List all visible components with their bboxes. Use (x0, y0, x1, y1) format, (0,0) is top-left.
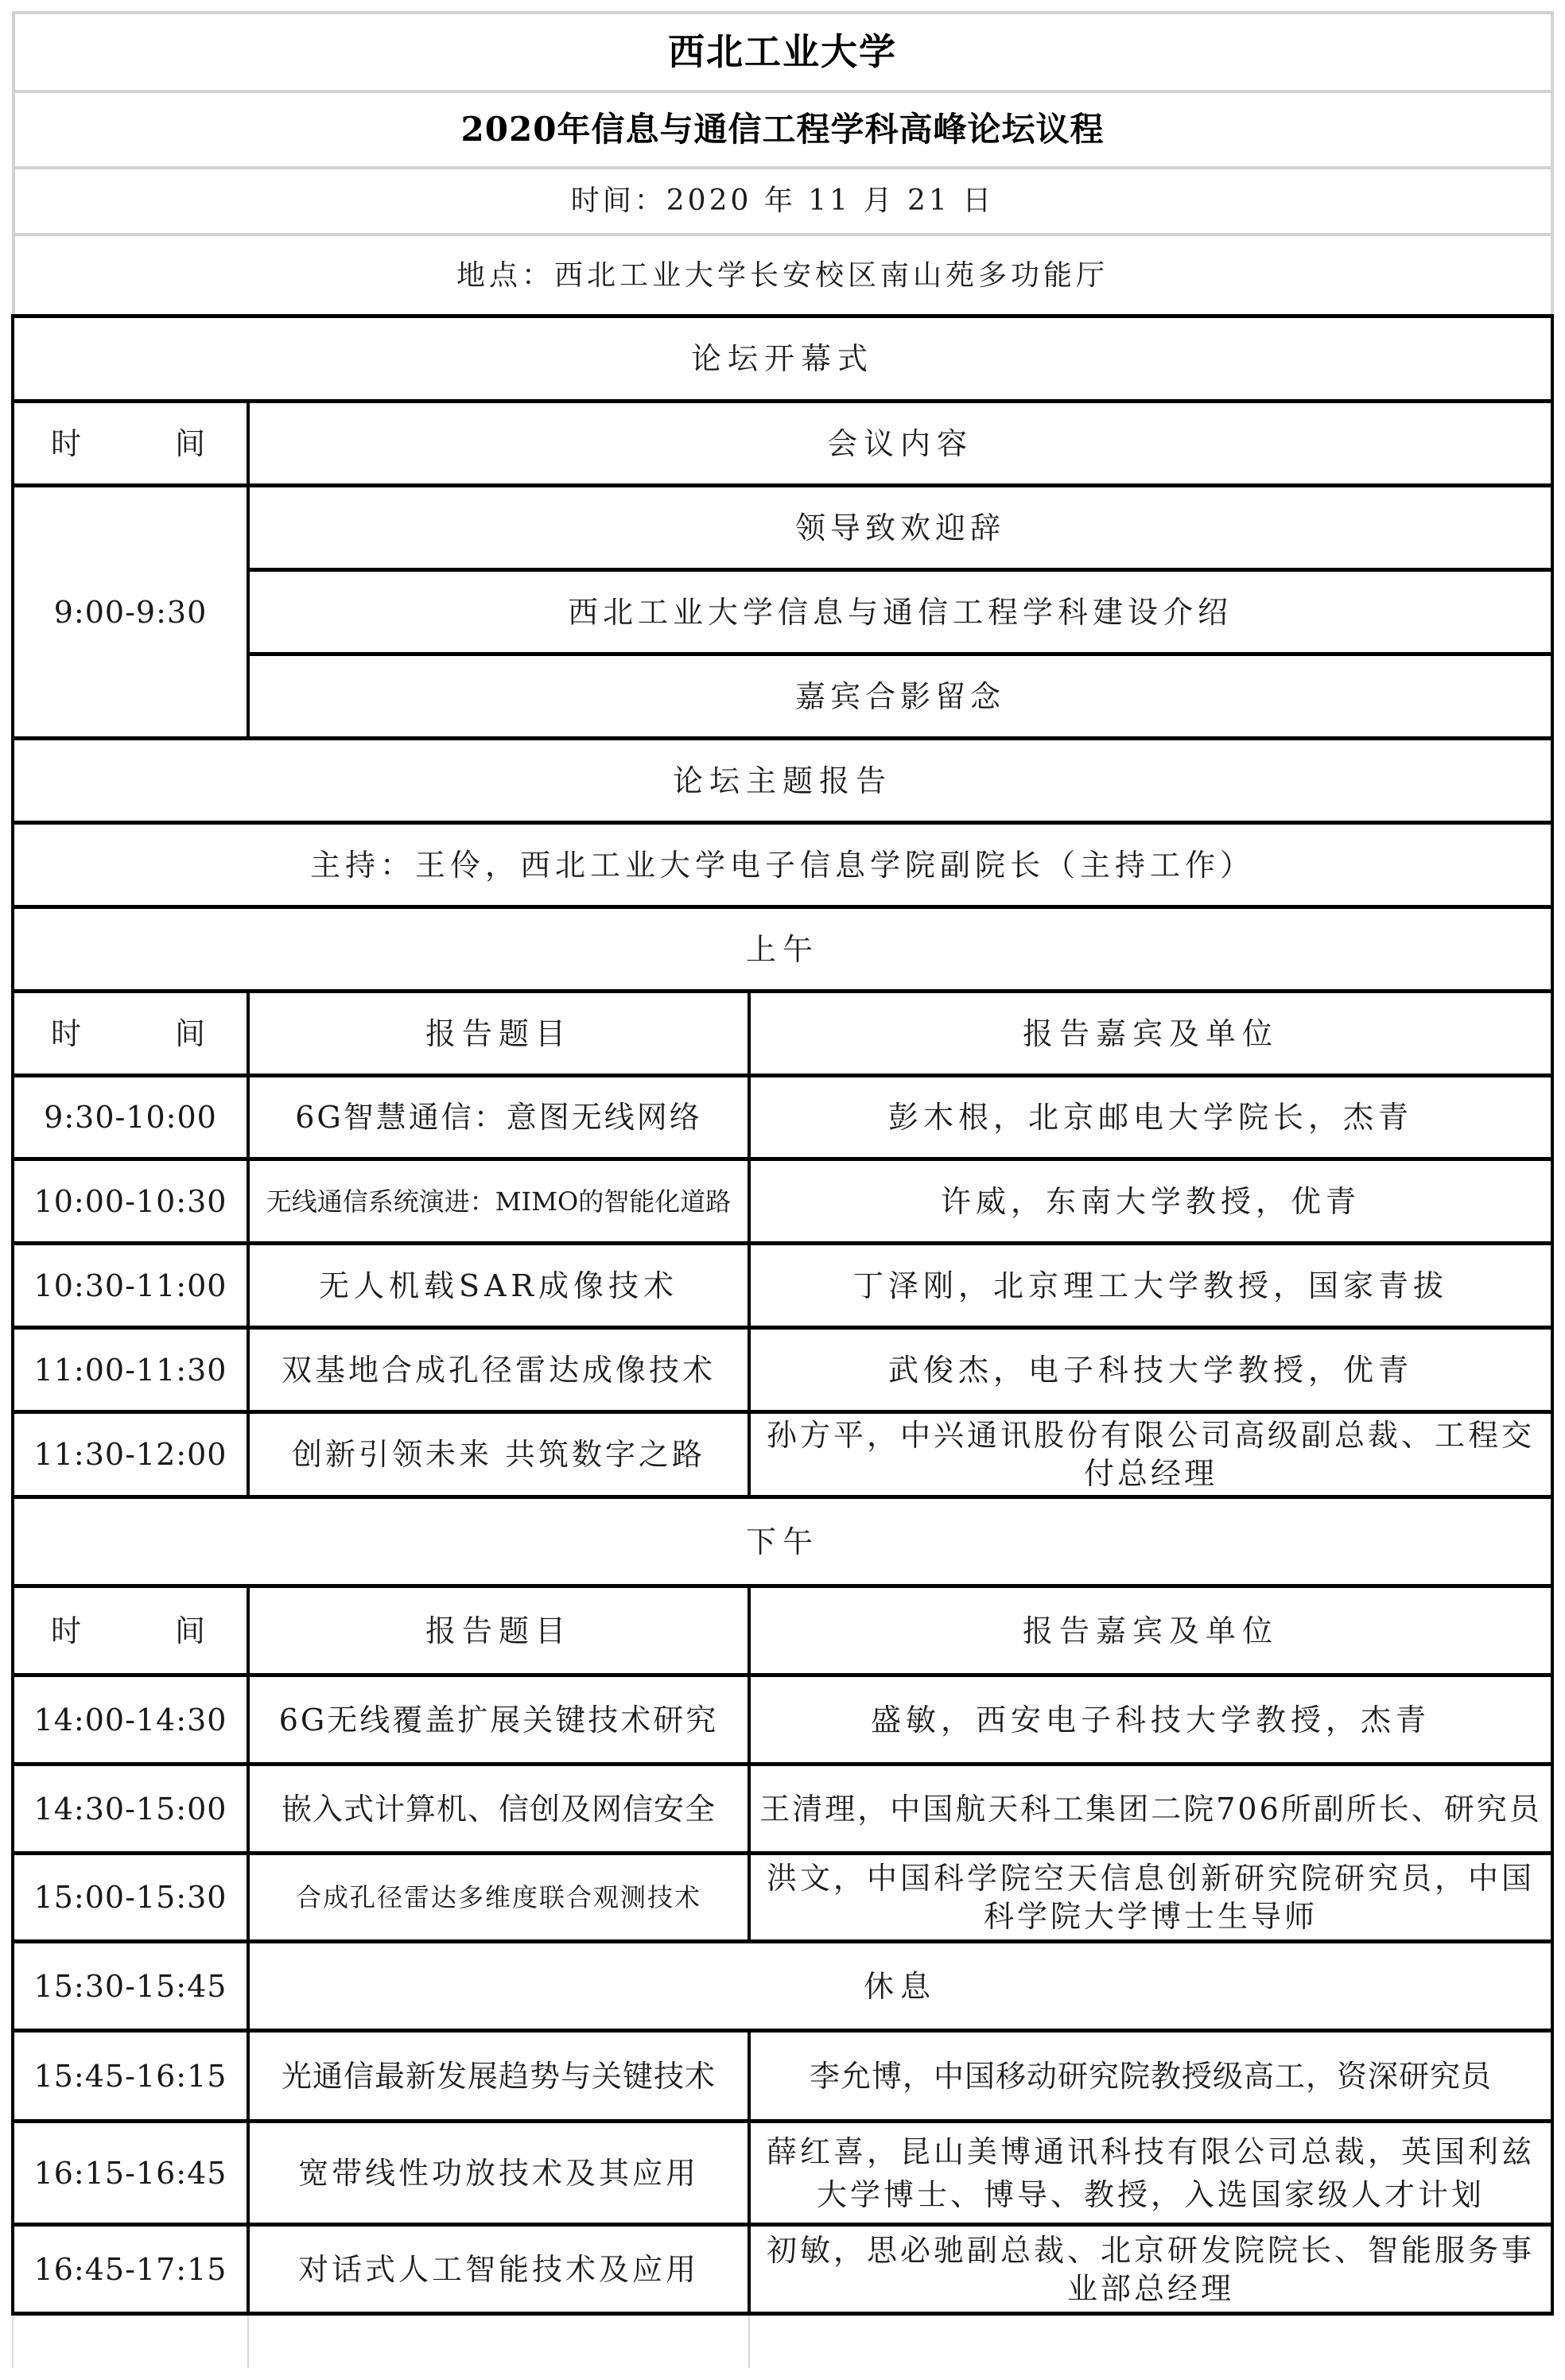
afternoon-row-topic: 6G无线覆盖扩展关键技术研究 (250, 1677, 748, 1762)
morning-row-time: 10:30-11:00 (14, 1245, 247, 1326)
afternoon-row-speaker: 洪文，中国科学院空天信息创新研究院研究员，中国科学院大学博士生导师 (751, 1855, 1551, 1939)
afternoon-row-time: 15:00-15:30 (14, 1855, 247, 1939)
afternoon-row-speaker: 初敏，思必驰副总裁、北京研发院院长、智能服务事业部总经理 (751, 2227, 1551, 2312)
afternoon-row-speaker: 李允博，中国移动研究院教授级高工，资深研究员 (751, 2033, 1551, 2119)
morning-row-speaker: 许威，东南大学教授，优青 (751, 1161, 1551, 1241)
column-header-time: 时 间 (14, 1588, 247, 1673)
opening-time: 9:00-9:30 (14, 487, 247, 736)
afternoon-row-time: 14:30-15:00 (14, 1766, 247, 1851)
morning-row-speaker: 彭木根，北京邮电大学院长，杰青 (751, 1077, 1551, 1157)
morning-row-topic: 6G智慧通信：意图无线网络 (250, 1077, 748, 1157)
keynote-host: 主持：王伶，西北工业大学电子信息学院副院长（主持工作） (14, 825, 1551, 905)
university-title: 西北工业大学 (13, 13, 1552, 91)
row-divider (11, 2312, 1554, 2316)
keynote-section-title: 论坛主题报告 (14, 740, 1551, 821)
break-time: 15:30-15:45 (14, 1943, 247, 2029)
column-header-content: 会议内容 (250, 403, 1551, 483)
column-header-speaker: 报告嘉宾及单位 (751, 993, 1551, 1074)
afternoon-row-topic: 对话式人工智能技术及应用 (250, 2227, 748, 2312)
empty-row-line (748, 2316, 750, 2368)
afternoon-row-topic: 合成孔径雷达多维度联合观测技术 (250, 1855, 748, 1939)
afternoon-row-topic: 宽带线性功放技术及其应用 (250, 2123, 748, 2223)
empty-row-line (12, 2316, 14, 2368)
opening-item: 嘉宾合影留念 (250, 656, 1551, 736)
morning-row-topic: 创新引领未来 共筑数字之路 (250, 1414, 748, 1495)
afternoon-row-topic: 嵌入式计算机、信创及网信安全 (250, 1766, 748, 1851)
afternoon-label: 下午 (14, 1499, 1551, 1584)
morning-row-speaker: 孙方平，中兴通讯股份有限公司高级副总裁、工程交付总经理 (751, 1414, 1551, 1495)
break-label: 休息 (250, 1943, 1551, 2029)
afternoon-row-topic: 光通信最新发展趋势与关键技术 (250, 2033, 748, 2119)
morning-row-speaker: 武俊杰，电子科技大学教授，优青 (751, 1330, 1551, 1410)
morning-row-topic: 双基地合成孔径雷达成像技术 (250, 1330, 748, 1410)
opening-item: 西北工业大学信息与通信工程学科建设介绍 (250, 572, 1551, 652)
agenda-title: 2020年信息与通信工程学科高峰论坛议程 (13, 92, 1552, 167)
column-header-speaker: 报告嘉宾及单位 (751, 1588, 1551, 1673)
afternoon-row-speaker: 薛红喜，昆山美博通讯科技有限公司总裁，英国利兹大学博士、博导、教授，入选国家级人… (751, 2123, 1551, 2223)
column-header-topic: 报告题目 (250, 1588, 748, 1673)
opening-section-title: 论坛开幕式 (14, 318, 1551, 399)
opening-item: 领导致欢迎辞 (250, 487, 1551, 568)
event-location: 地点：西北工业大学长安校区南山苑多功能厅 (13, 235, 1552, 316)
morning-row-topic: 无人机载SAR成像技术 (250, 1245, 748, 1326)
morning-row-time: 11:30-12:00 (14, 1414, 247, 1495)
morning-label: 上午 (14, 909, 1551, 989)
afternoon-row-time: 16:15-16:45 (14, 2123, 247, 2223)
afternoon-row-time: 14:00-14:30 (14, 1677, 247, 1762)
column-header-topic: 报告题目 (250, 993, 748, 1074)
morning-row-time: 11:00-11:30 (14, 1330, 247, 1410)
empty-row-line (247, 2316, 249, 2368)
afternoon-row-time: 16:45-17:15 (14, 2227, 247, 2312)
column-header-time: 时 间 (14, 993, 247, 1074)
morning-row-speaker: 丁泽刚，北京理工大学教授，国家青拔 (751, 1245, 1551, 1326)
afternoon-row-speaker: 盛敏，西安电子科技大学教授，杰青 (751, 1677, 1551, 1762)
afternoon-row-time: 15:45-16:15 (14, 2033, 247, 2119)
morning-row-topic: 无线通信系统演进：MIMO的智能化道路 (250, 1161, 748, 1241)
column-header-time: 时 间 (14, 403, 247, 483)
morning-row-time: 9:30-10:00 (14, 1077, 247, 1157)
table-border-right (1551, 314, 1554, 2316)
event-date: 时间：2020 年 11 月 21 日 (13, 169, 1552, 234)
morning-row-time: 10:00-10:30 (14, 1161, 247, 1241)
afternoon-row-speaker: 王清理，中国航天科工集团二院706所副所长、研究员 (751, 1766, 1551, 1851)
